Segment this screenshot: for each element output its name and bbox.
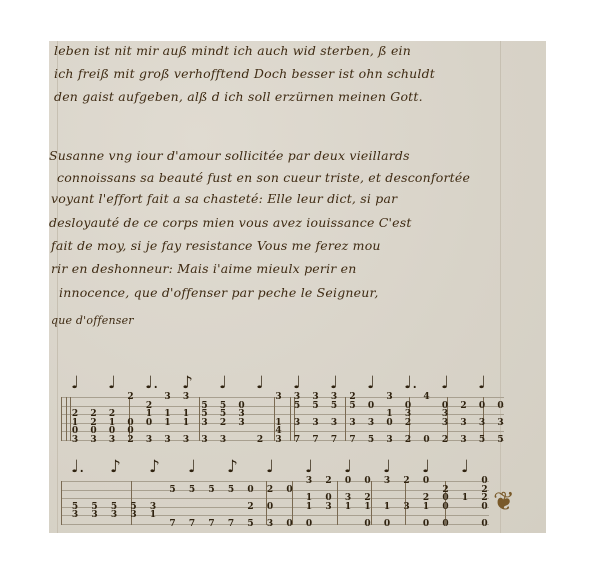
tab-fret-number: 3 [460, 436, 468, 445]
tab-fret-number: 2 [266, 486, 274, 495]
tab-fret-number: 7 [330, 436, 338, 445]
tab-fret-number: 0 [247, 486, 255, 495]
french-line-5: fait de moy, si je fay resistance Vous m… [51, 238, 381, 253]
staff-line [61, 515, 489, 516]
french-line-3: voyant l'effort fait a sa chasteté: Elle… [51, 191, 397, 206]
tablature-system-1: 2103220321032002210331133113553355230332… [49, 371, 546, 461]
tab-fret-number: 5 [497, 436, 505, 445]
tab-fret-number: 4 [423, 393, 431, 402]
french-line-7: innocence, que d'offenser par peche le S… [59, 285, 379, 300]
tablature-system-2: 5353535331575757570252030031102030310210… [49, 456, 546, 546]
barline [61, 481, 62, 525]
tab-fret-number: 1 [344, 503, 352, 512]
german-line-3: den gaist aufgeben, alß d ich soll erzür… [54, 89, 423, 104]
barline [337, 481, 338, 525]
tab-fret-number: 1 [383, 503, 391, 512]
tab-fret-number: 1 [164, 419, 172, 428]
tab-fret-number: 3 [383, 477, 391, 486]
tab-fret-number: 7 [312, 436, 320, 445]
tab-fret-number: 5 [227, 486, 235, 495]
tab-fret-number: 7 [208, 520, 216, 529]
tab-fret-number: 2 [127, 393, 135, 402]
tab-fret-number: 3 [182, 393, 190, 402]
tab-fret-number: 2 [247, 503, 255, 512]
rhythm-sign: ♩ [441, 375, 449, 392]
tab-fret-number: 7 [188, 520, 196, 529]
staff-line [61, 406, 504, 407]
tab-fret-number: 0 [344, 477, 352, 486]
tab-fret-number: 0 [481, 503, 489, 512]
rhythm-sign: ♩ [367, 375, 375, 392]
tab-fret-number: 2 [441, 436, 449, 445]
rhythm-sign: ♪ [227, 459, 238, 476]
french-line-6: rir en deshonneur: Mais i'aime mieulx pe… [51, 261, 356, 276]
tab-fret-number: 3 [90, 436, 98, 445]
tab-fret-number: 0 [145, 419, 153, 428]
tab-fret-number: 3 [293, 419, 301, 428]
tab-fret-number: 3 [108, 436, 116, 445]
german-line-1: leben ist nit mir auß mindt ich auch wid… [54, 43, 411, 58]
tab-fret-number: 3 [325, 503, 333, 512]
tab-fret-number: 7 [227, 520, 235, 529]
tab-fret-number: 3 [201, 436, 209, 445]
rhythm-sign: ♩ [383, 459, 391, 476]
german-line-2: ich freiß mit groß verhofftend Doch bess… [54, 66, 435, 81]
tab-fret-number: 3 [71, 511, 79, 520]
french-line-2: connoissans sa beauté fust en son cueur … [57, 170, 470, 185]
tab-fret-number: 5 [188, 486, 196, 495]
tab-fret-number: 1 [422, 503, 430, 512]
barline [345, 397, 346, 441]
tab-fret-number: 0 [481, 520, 489, 529]
tab-fret-number: 0 [364, 477, 372, 486]
tab-fret-number: 5 [169, 486, 177, 495]
rhythm-sign: ♩. [145, 375, 158, 392]
tab-fret-number: 3 [145, 436, 153, 445]
rhythm-sign: ♩ [461, 459, 469, 476]
tab-fret-number: 3 [367, 419, 375, 428]
tab-fret-number: 3 [130, 511, 138, 520]
rhythm-sign: ♩ [330, 375, 338, 392]
tab-fret-number: 7 [349, 436, 357, 445]
tab-fret-number: 0 [442, 520, 450, 529]
tab-fret-number: 5 [208, 486, 216, 495]
tab-fret-number: 3 [330, 419, 338, 428]
rhythm-sign: ♩ [256, 375, 264, 392]
tab-fret-number: 3 [497, 419, 505, 428]
tab-fret-number: 3 [478, 419, 486, 428]
rhythm-sign: ♪ [149, 459, 160, 476]
tab-fret-number: 3 [182, 436, 190, 445]
tab-fret-number: 5 [312, 402, 320, 411]
tab-fret-number: 1 [305, 503, 313, 512]
rhythm-sign: ♪ [182, 375, 193, 392]
tab-fret-number: 7 [293, 436, 301, 445]
tab-fret-number: 5 [247, 520, 255, 529]
tab-fret-number: 3 [71, 436, 79, 445]
staff-line [61, 414, 504, 415]
tab-fret-number: 0 [305, 520, 313, 529]
french-line-1: Susanne vng iour d'amour sollicitée par … [49, 148, 410, 163]
tab-fret-number: 3 [441, 419, 449, 428]
tab-fret-number: 3 [91, 511, 99, 520]
tab-fret-number: 3 [164, 393, 172, 402]
tab-fret-number: 2 [460, 402, 468, 411]
tab-fret-number: 7 [169, 520, 177, 529]
tab-fret-number: 1 [364, 503, 372, 512]
tab-fret-number: 2 [219, 419, 227, 428]
tab-fret-number: 3 [312, 419, 320, 428]
rhythm-sign: ♩ [305, 459, 313, 476]
tab-fret-number: 0 [367, 402, 375, 411]
rhythm-sign: ♩ [344, 459, 352, 476]
tab-fret-number: 1 [461, 494, 469, 503]
tab-fret-number: 5 [478, 436, 486, 445]
tab-fret-number: 3 [275, 393, 283, 402]
tab-fret-number: 5 [330, 402, 338, 411]
tab-fret-number: 3 [386, 393, 394, 402]
rhythm-sign: ♩ [422, 459, 430, 476]
tab-fret-number: 5 [367, 436, 375, 445]
tab-fret-number: 3 [460, 419, 468, 428]
tab-fret-number: 2 [403, 477, 411, 486]
tab-fret-number: 3 [266, 520, 274, 529]
tab-fret-number: 0 [423, 436, 431, 445]
rhythm-sign: ♩ [188, 459, 196, 476]
tab-fret-number: 1 [182, 419, 190, 428]
tab-fret-number: 3 [275, 436, 283, 445]
tab-fret-number: 0 [286, 486, 294, 495]
rhythm-sign: ♩. [71, 459, 84, 476]
tab-fret-number: 3 [201, 419, 209, 428]
tab-fret-number: 2 [404, 419, 412, 428]
rhythm-sign: ♩ [219, 375, 227, 392]
tab-fret-number: 3 [219, 436, 227, 445]
rhythm-sign: ♪ [110, 459, 121, 476]
french-line-4: desloyauté de ce corps mien vous avez io… [49, 215, 412, 230]
rhythm-sign: ♩ [478, 375, 486, 392]
tab-fret-number: 0 [442, 503, 450, 512]
tab-fret-number: 2 [256, 436, 264, 445]
tab-fret-number: 3 [349, 419, 357, 428]
tab-fret-number: 3 [164, 436, 172, 445]
rhythm-sign: ♩. [404, 375, 417, 392]
rhythm-sign: ♩ [71, 375, 79, 392]
tab-fret-number: 0 [364, 520, 372, 529]
tab-fret-number: 5 [349, 402, 357, 411]
tab-fret-number: 3 [110, 511, 118, 520]
tab-fret-number: 3 [386, 436, 394, 445]
tab-fret-number: 0 [497, 402, 505, 411]
tab-fret-number: 3 [305, 477, 313, 486]
tab-fret-number: 5 [293, 402, 301, 411]
french-line-8: que d'offenser [51, 314, 134, 327]
tab-fret-number: 1 [149, 511, 157, 520]
tab-fret-number: 0 [266, 503, 274, 512]
tab-fret-number: 0 [422, 477, 430, 486]
tab-fret-number: 2 [325, 477, 333, 486]
tab-fret-number: 0 [386, 419, 394, 428]
tab-fret-number: 2 [127, 436, 135, 445]
fleuron-ornament-icon: ❦ [493, 487, 515, 517]
tab-fret-number: 3 [403, 503, 411, 512]
tab-fret-number: 0 [383, 520, 391, 529]
tab-fret-number: 2 [404, 436, 412, 445]
barline [61, 397, 62, 441]
manuscript-page: leben ist nit mir auß mindt ich auch wid… [49, 41, 546, 533]
tab-fret-number: 0 [286, 520, 294, 529]
tab-fret-number: 3 [238, 419, 246, 428]
rhythm-sign: ♩ [266, 459, 274, 476]
staff-line [61, 490, 489, 491]
tab-fret-number: 0 [422, 520, 430, 529]
rhythm-sign: ♩ [293, 375, 301, 392]
tab-fret-number: 0 [478, 402, 486, 411]
rhythm-sign: ♩ [108, 375, 116, 392]
